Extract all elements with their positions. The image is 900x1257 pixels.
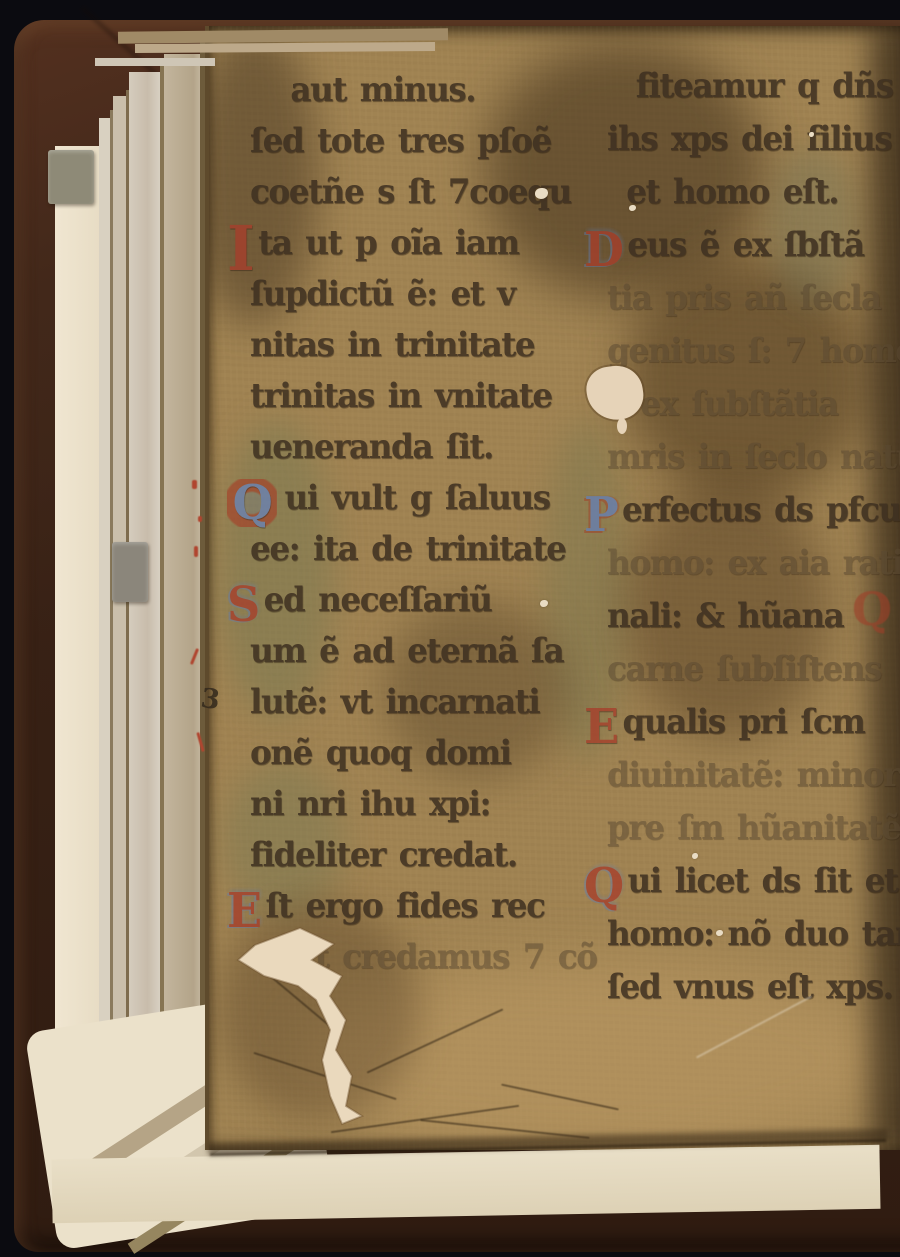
manuscript-photo: 3 aut minus.ſed tote tres pſoẽcoetñe s ſ… <box>0 0 900 1257</box>
parchment-tear <box>0 0 900 1257</box>
